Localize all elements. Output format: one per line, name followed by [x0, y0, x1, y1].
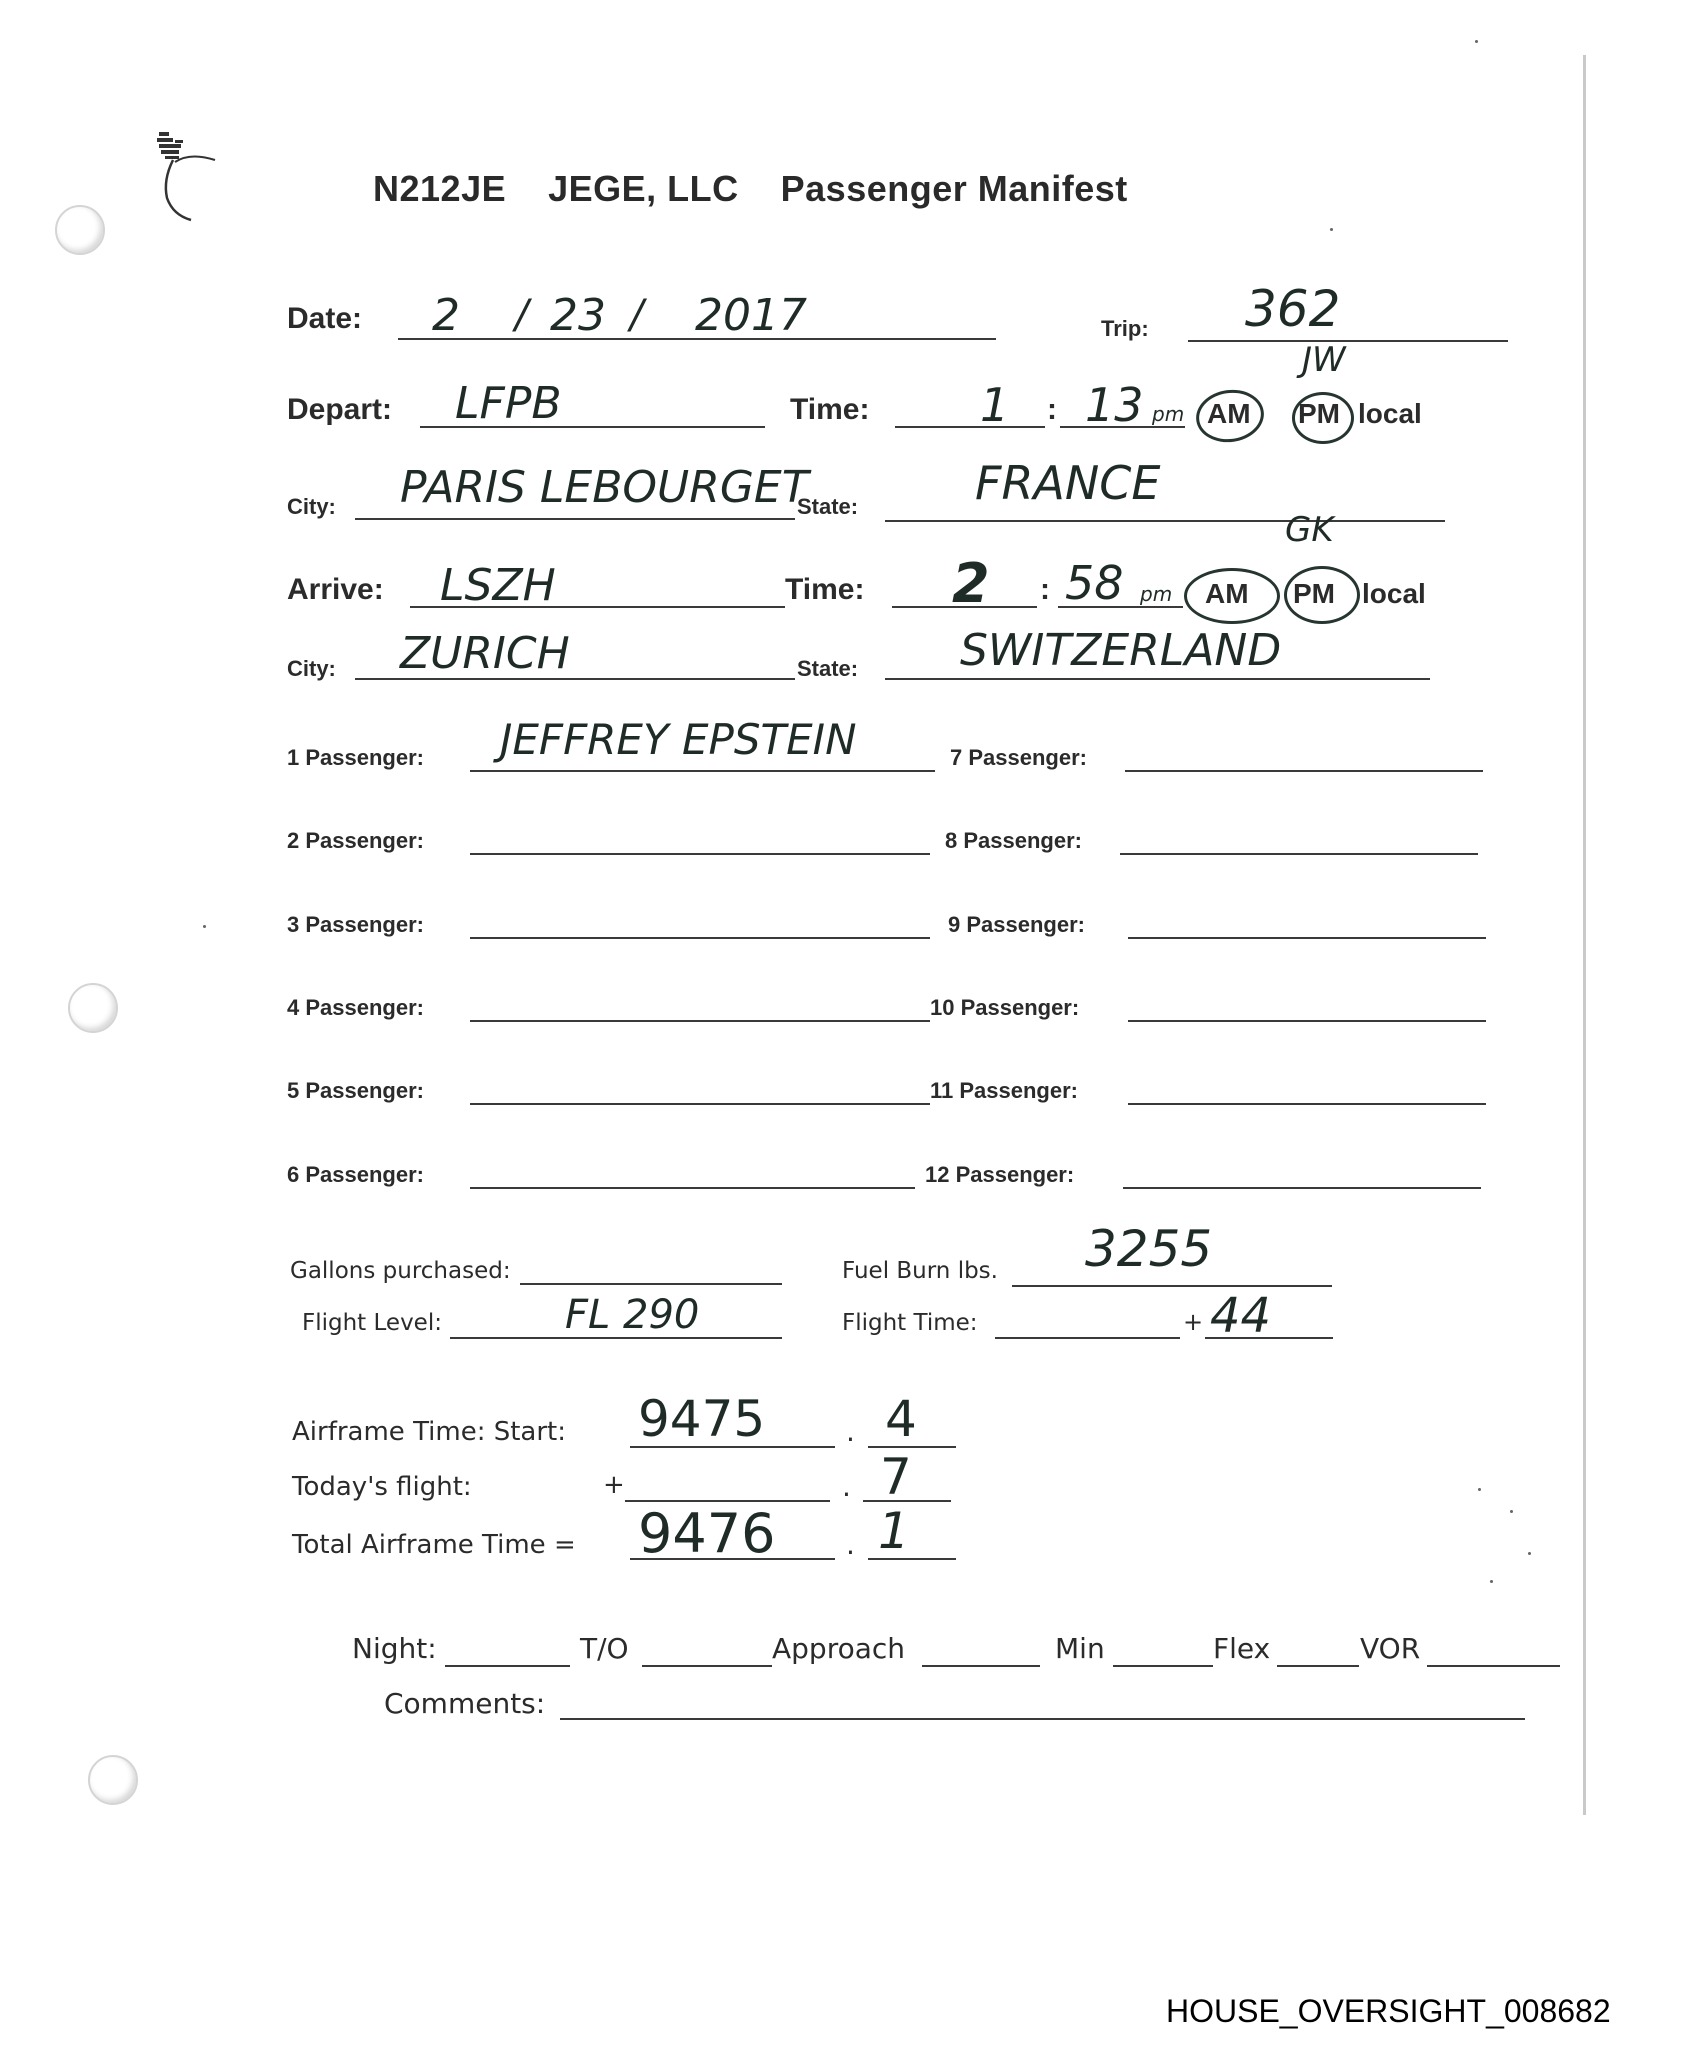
passenger-12-field[interactable] — [1123, 1187, 1481, 1189]
arrive-state-value: SWITZERLAND — [960, 625, 1281, 676]
date-label: Date: — [287, 302, 362, 336]
arrive-value: LSZH — [440, 560, 556, 611]
am-circle-scribble-icon — [1184, 568, 1280, 624]
flight-time-field[interactable] — [995, 1337, 1180, 1339]
scan-speck — [1490, 1580, 1493, 1583]
arrive-state-label: State: — [797, 656, 858, 682]
scan-speck — [1528, 1552, 1531, 1555]
passenger-6-field[interactable] — [470, 1187, 915, 1189]
arrive-state-field[interactable] — [885, 678, 1430, 680]
time-colon: : — [1040, 573, 1050, 607]
flight-level-label: Flight Level: — [302, 1310, 442, 1336]
flex-field[interactable] — [1277, 1665, 1359, 1667]
punch-hole-icon — [88, 1755, 138, 1805]
tail-number: N212JE — [373, 168, 506, 209]
todays-flight-plus: + — [603, 1470, 625, 1500]
company-name: JEGE, LLC — [548, 168, 739, 209]
arrive-minute: 58 — [1065, 556, 1124, 610]
depart-state-label: State: — [797, 494, 858, 520]
decimal-point: . — [842, 1470, 851, 1503]
decimal-point: . — [846, 1415, 855, 1448]
depart-initials: JW — [1302, 340, 1346, 380]
pm-circle-selected-icon — [1284, 566, 1360, 624]
pm-circle-selected-icon — [1292, 392, 1354, 444]
depart-value: LFPB — [455, 378, 562, 429]
depart-state-value: FRANCE — [975, 456, 1160, 510]
approach-label: Approach — [772, 1632, 905, 1665]
arrive-city-value: ZURICH — [400, 628, 570, 679]
airframe-start-whole: 9475 — [638, 1390, 765, 1448]
passenger-8-field[interactable] — [1120, 853, 1478, 855]
passenger-7-field[interactable] — [1125, 770, 1483, 772]
depart-state-field[interactable] — [885, 520, 1445, 522]
passenger-6-label: 6 Passenger: — [287, 1162, 424, 1188]
passenger-2-field[interactable] — [470, 853, 930, 855]
depart-time-label: Time: — [790, 393, 869, 427]
depart-city-label: City: — [287, 494, 336, 520]
passenger-11-field[interactable] — [1128, 1103, 1486, 1105]
passenger-9-label: 9 Passenger: — [948, 912, 1085, 938]
night-field[interactable] — [445, 1665, 570, 1667]
total-airframe-label: Total Airframe Time = — [292, 1530, 576, 1560]
passenger-1-name: JEFFREY EPSTEIN — [500, 715, 857, 764]
form-title: N212JEJEGE, LLCPassenger Manifest — [373, 168, 1128, 210]
am-circle-scribble-icon — [1193, 386, 1268, 447]
vor-label: VOR — [1360, 1632, 1420, 1665]
scan-speck — [1475, 40, 1478, 43]
arrive-initials: GK — [1285, 510, 1334, 550]
depart-city-value: PARIS LEBOURGET — [400, 462, 809, 513]
time-colon: : — [1047, 393, 1057, 427]
passenger-5-field[interactable] — [470, 1103, 930, 1105]
fuel-burn-value: 3255 — [1085, 1220, 1212, 1278]
airframe-start-tenths: 4 — [885, 1390, 917, 1448]
arrive-label: Arrive: — [287, 573, 384, 607]
passenger-8-label: 8 Passenger: — [945, 828, 1082, 854]
date-year: 2017 — [695, 290, 807, 341]
passenger-4-label: 4 Passenger: — [287, 995, 424, 1021]
depart-minute: 13 — [1085, 378, 1144, 432]
punch-hole-icon — [68, 983, 118, 1033]
depart-city-field[interactable] — [355, 518, 795, 520]
gallons-purchased-label: Gallons purchased: — [290, 1258, 511, 1284]
total-airframe-whole: 9476 — [638, 1502, 775, 1565]
passenger-10-label: 10 Passenger: — [930, 995, 1079, 1021]
punch-hole-icon — [55, 205, 105, 255]
arrive-hour: 2 — [952, 552, 990, 615]
arrive-time-label: Time: — [785, 573, 864, 607]
arrive-pm-note: pm — [1140, 582, 1172, 606]
passenger-3-label: 3 Passenger: — [287, 912, 424, 938]
depart-local-label: local — [1358, 398, 1422, 430]
night-label: Night: — [352, 1632, 437, 1665]
depart-pm-note: pm — [1152, 402, 1184, 426]
scan-speck — [1510, 1510, 1513, 1513]
passenger-5-label: 5 Passenger: — [287, 1078, 424, 1104]
flex-label: Flex — [1213, 1632, 1270, 1665]
passenger-2-label: 2 Passenger: — [287, 828, 424, 854]
bates-stamp: HOUSE_OVERSIGHT_008682 — [1166, 1993, 1611, 2030]
fuel-burn-label: Fuel Burn lbs. — [842, 1258, 998, 1284]
page-edge — [1583, 55, 1586, 1815]
date-month: 2 — [432, 290, 460, 341]
company-logo-icon — [155, 130, 225, 230]
todays-flight-tenths: 7 — [880, 1448, 912, 1506]
passenger-7-label: 7 Passenger: — [950, 745, 1087, 771]
takeoff-field[interactable] — [642, 1665, 772, 1667]
date-day: 23 — [550, 290, 606, 341]
comments-field[interactable] — [560, 1718, 1525, 1720]
arrive-local-label: local — [1362, 578, 1426, 610]
passenger-3-field[interactable] — [470, 937, 930, 939]
airframe-start-label: Airframe Time: Start: — [292, 1417, 566, 1447]
scan-speck — [1478, 1488, 1481, 1491]
decimal-point: . — [846, 1528, 855, 1561]
total-airframe-tenths: 1 — [878, 1502, 910, 1560]
flight-time-value: 44 — [1210, 1288, 1271, 1344]
min-field[interactable] — [1113, 1665, 1213, 1667]
arrive-city-label: City: — [287, 656, 336, 682]
comments-label: Comments: — [384, 1687, 545, 1720]
vor-field[interactable] — [1427, 1665, 1560, 1667]
gallons-purchased-field[interactable] — [520, 1283, 782, 1285]
passenger-10-field[interactable] — [1128, 1020, 1486, 1022]
todays-flight-label: Today's flight: — [292, 1472, 472, 1502]
scan-speck — [1330, 228, 1333, 231]
flight-time-label: Flight Time: — [842, 1310, 978, 1336]
passenger-11-label: 11 Passenger: — [930, 1078, 1078, 1104]
depart-label: Depart: — [287, 393, 392, 427]
passenger-1-label: 1 Passenger: — [287, 745, 424, 771]
date-sep-2: / — [630, 292, 643, 338]
fuel-burn-field[interactable] — [1012, 1285, 1332, 1287]
passenger-9-field[interactable] — [1128, 937, 1486, 939]
passenger-12-label: 12 Passenger: — [925, 1162, 1074, 1188]
depart-hour: 1 — [980, 378, 1009, 432]
depart-hour-field[interactable] — [895, 426, 1045, 428]
takeoff-label: T/O — [580, 1632, 629, 1665]
trip-value: 362 — [1245, 280, 1340, 338]
min-label: Min — [1055, 1632, 1105, 1665]
passenger-1-field[interactable] — [470, 770, 935, 772]
flight-level-value: FL 290 — [565, 1292, 699, 1338]
form-name: Passenger Manifest — [781, 168, 1128, 209]
scan-speck — [203, 925, 206, 928]
trip-field[interactable] — [1188, 340, 1508, 342]
date-sep-1: / — [515, 292, 528, 338]
passenger-4-field[interactable] — [470, 1020, 930, 1022]
trip-label: Trip: — [1101, 316, 1149, 342]
flight-time-plus: + — [1183, 1308, 1203, 1336]
approach-field[interactable] — [922, 1665, 1040, 1667]
